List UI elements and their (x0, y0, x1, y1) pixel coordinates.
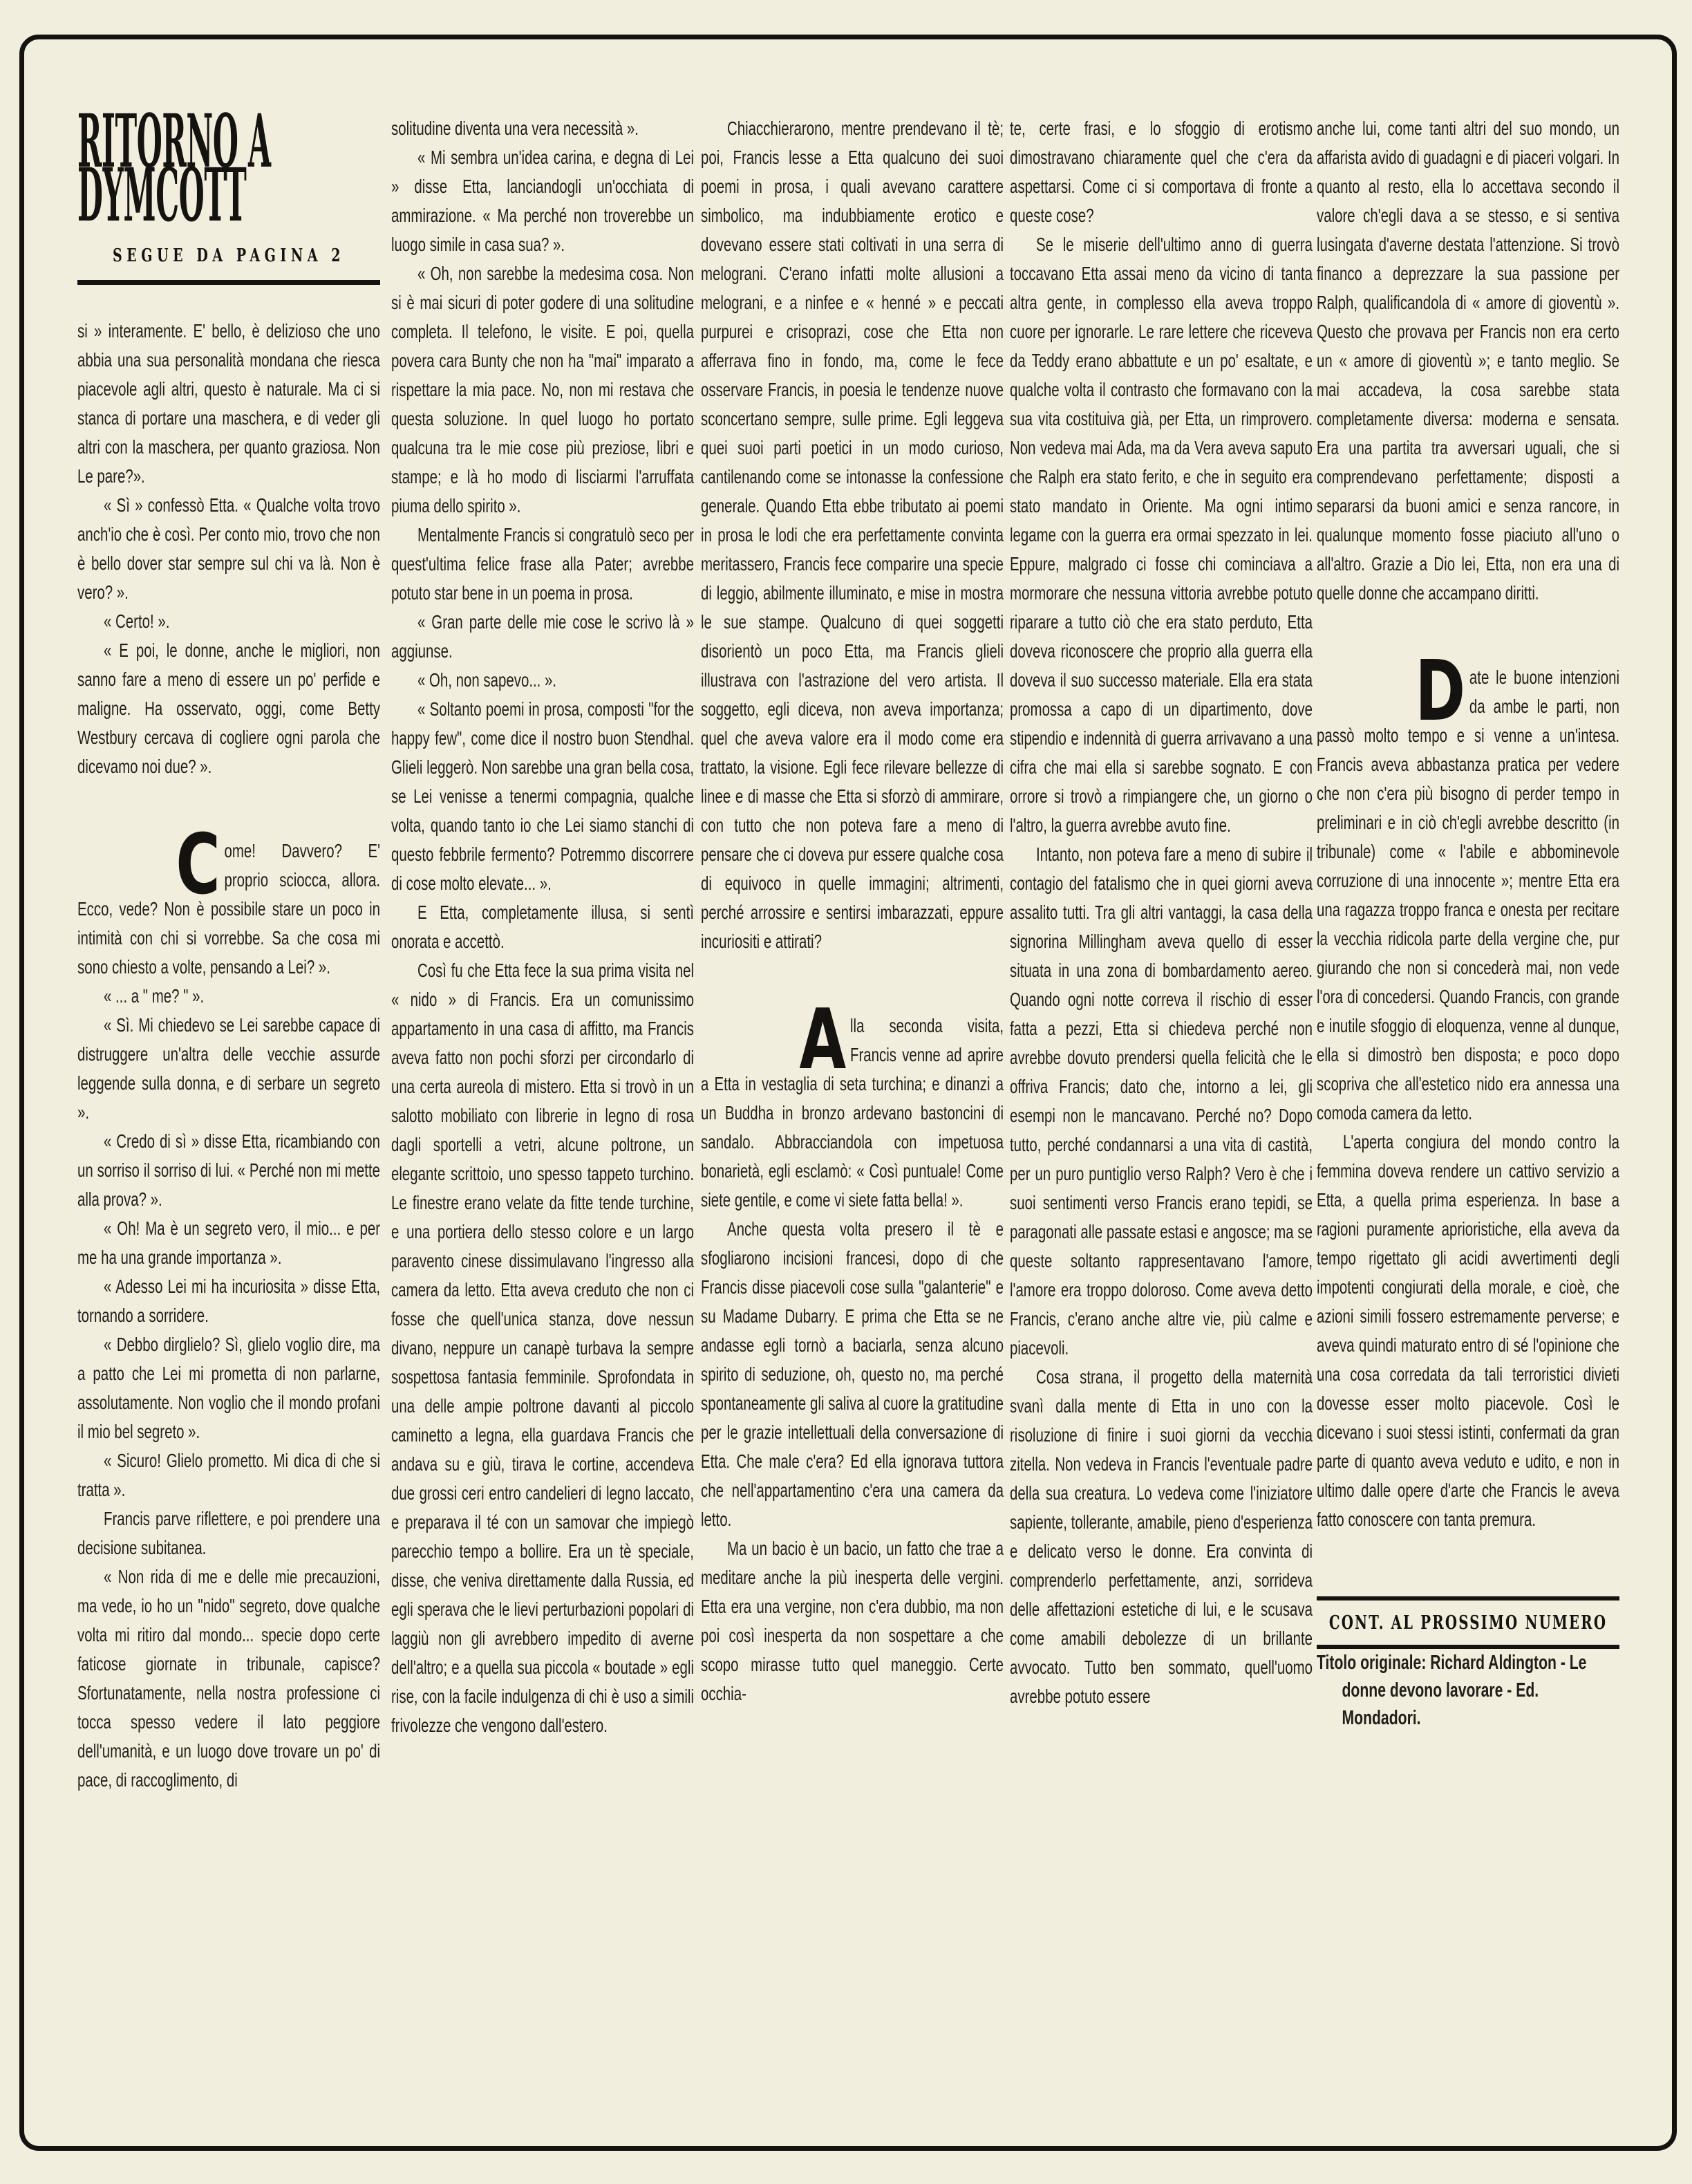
dropcap-paragraph: Date le buone intenzioni da ambe le part… (1317, 663, 1619, 1128)
masthead-rule (77, 280, 380, 285)
paragraph: « Debbo dirglielo? Sì, glielo voglio dir… (77, 1330, 380, 1446)
paragraph: « Sicuro! Glielo prometto. Mi dica di ch… (77, 1446, 380, 1504)
paragraph: te, certe frasi, e lo sfoggio di erotism… (1010, 114, 1313, 230)
paragraph: « Soltanto poemi in prosa, composti "for… (391, 695, 694, 898)
paragraph: Chiacchierarono, mentre prendevano il tè… (701, 114, 1004, 956)
paragraph: « Gran parte delle mie cose le scrivo là… (391, 608, 694, 666)
paragraph: L'aperta congiura del mondo contro la fe… (1317, 1128, 1619, 1534)
article-title-line2: DYMCOTT (77, 168, 244, 222)
paragraph: « Mi sembra un'idea carina, e degna di L… (391, 143, 694, 259)
paragraph: Anche questa volta presero il tè e sfogl… (701, 1215, 1004, 1534)
dropcap-paragraph: Come! Davvero? E' proprio sciocca, allor… (77, 837, 380, 982)
paragraph: si » interamente. E' bello, è delizioso … (77, 317, 380, 491)
article-column-5: anche lui, come tanti altri del suo mond… (1317, 114, 1619, 1732)
paragraph: anche lui, come tanti altri del suo mond… (1317, 114, 1619, 608)
paragraph: « Oh, non sapevo... ». (391, 666, 694, 695)
original-title-credit: Titolo originale: Richard Aldington - Le… (1317, 1649, 1619, 1732)
dropcap-letter: A (799, 1011, 844, 1070)
article-column-4: te, certe frasi, e lo sfoggio di erotism… (1010, 114, 1313, 1711)
masthead: RITORNO A DYMCOTT SEGUE DA PAGINA 2 (77, 114, 380, 285)
dropcap-paragraph: Alla seconda visita, Francis venne ad ap… (701, 1011, 1004, 1215)
paragraph: « E poi, le donne, anche le migliori, no… (77, 636, 380, 781)
magazine-page: { "page": { "background": "#f2eedd", "in… (0, 0, 1692, 2184)
continued-from-label: SEGUE DA PAGINA 2 (77, 241, 380, 270)
paragraph: Mentalmente Francis si congratulò seco p… (391, 521, 694, 608)
paragraph: Così fu che Etta fece la sua prima visit… (391, 956, 694, 1740)
paragraph: Cosa strana, il progetto della maternità… (1010, 1363, 1313, 1711)
article-column-2: solitudine diventa una vera necessità ».… (391, 114, 694, 1740)
paragraph: Francis parve riflettere, e poi prendere… (77, 1504, 380, 1562)
paragraph: « Adesso Lei mi ha incuriosita » disse E… (77, 1272, 380, 1330)
paragraph: E Etta, completamente illusa, si sentì o… (391, 898, 694, 956)
paragraph: Intanto, non poteva fare a meno di subir… (1010, 840, 1313, 1363)
paragraph: Se le miserie dell'ultimo anno di guerra… (1010, 230, 1313, 840)
dropcap-letter: D (1415, 663, 1463, 721)
paragraph: solitudine diventa una vera necessità ». (391, 114, 694, 143)
paragraph: « Oh! Ma è un segreto vero, il mio... e … (77, 1214, 380, 1272)
article-title: RITORNO A DYMCOTT (77, 114, 380, 222)
paragraph: « Non rida di me e delle mie precauzioni… (77, 1562, 380, 1795)
article-column-1: RITORNO A DYMCOTT SEGUE DA PAGINA 2 si »… (77, 114, 380, 1795)
paragraph: « Sì » confessò Etta. « Qualche volta tr… (77, 491, 380, 607)
paragraph: « Certo! ». (77, 607, 380, 636)
dropcap-letter: C (176, 837, 218, 895)
paragraph: « Oh, non sarebbe la medesima cosa. Non … (391, 259, 694, 521)
paragraph: « Credo di sì » disse Etta, ricambiando … (77, 1127, 380, 1214)
paragraph: « ... a " me? " ». (77, 982, 380, 1011)
article-column-3: Chiacchierarono, mentre prendevano il tè… (701, 114, 1004, 1708)
paragraph: Ma un bacio è un bacio, un fatto che tra… (701, 1534, 1004, 1708)
continuation-banner: CONT. AL PROSSIMO NUMERO (1317, 1596, 1619, 1649)
paragraph: « Sì. Mi chiedevo se Lei sarebbe capace … (77, 1011, 380, 1127)
